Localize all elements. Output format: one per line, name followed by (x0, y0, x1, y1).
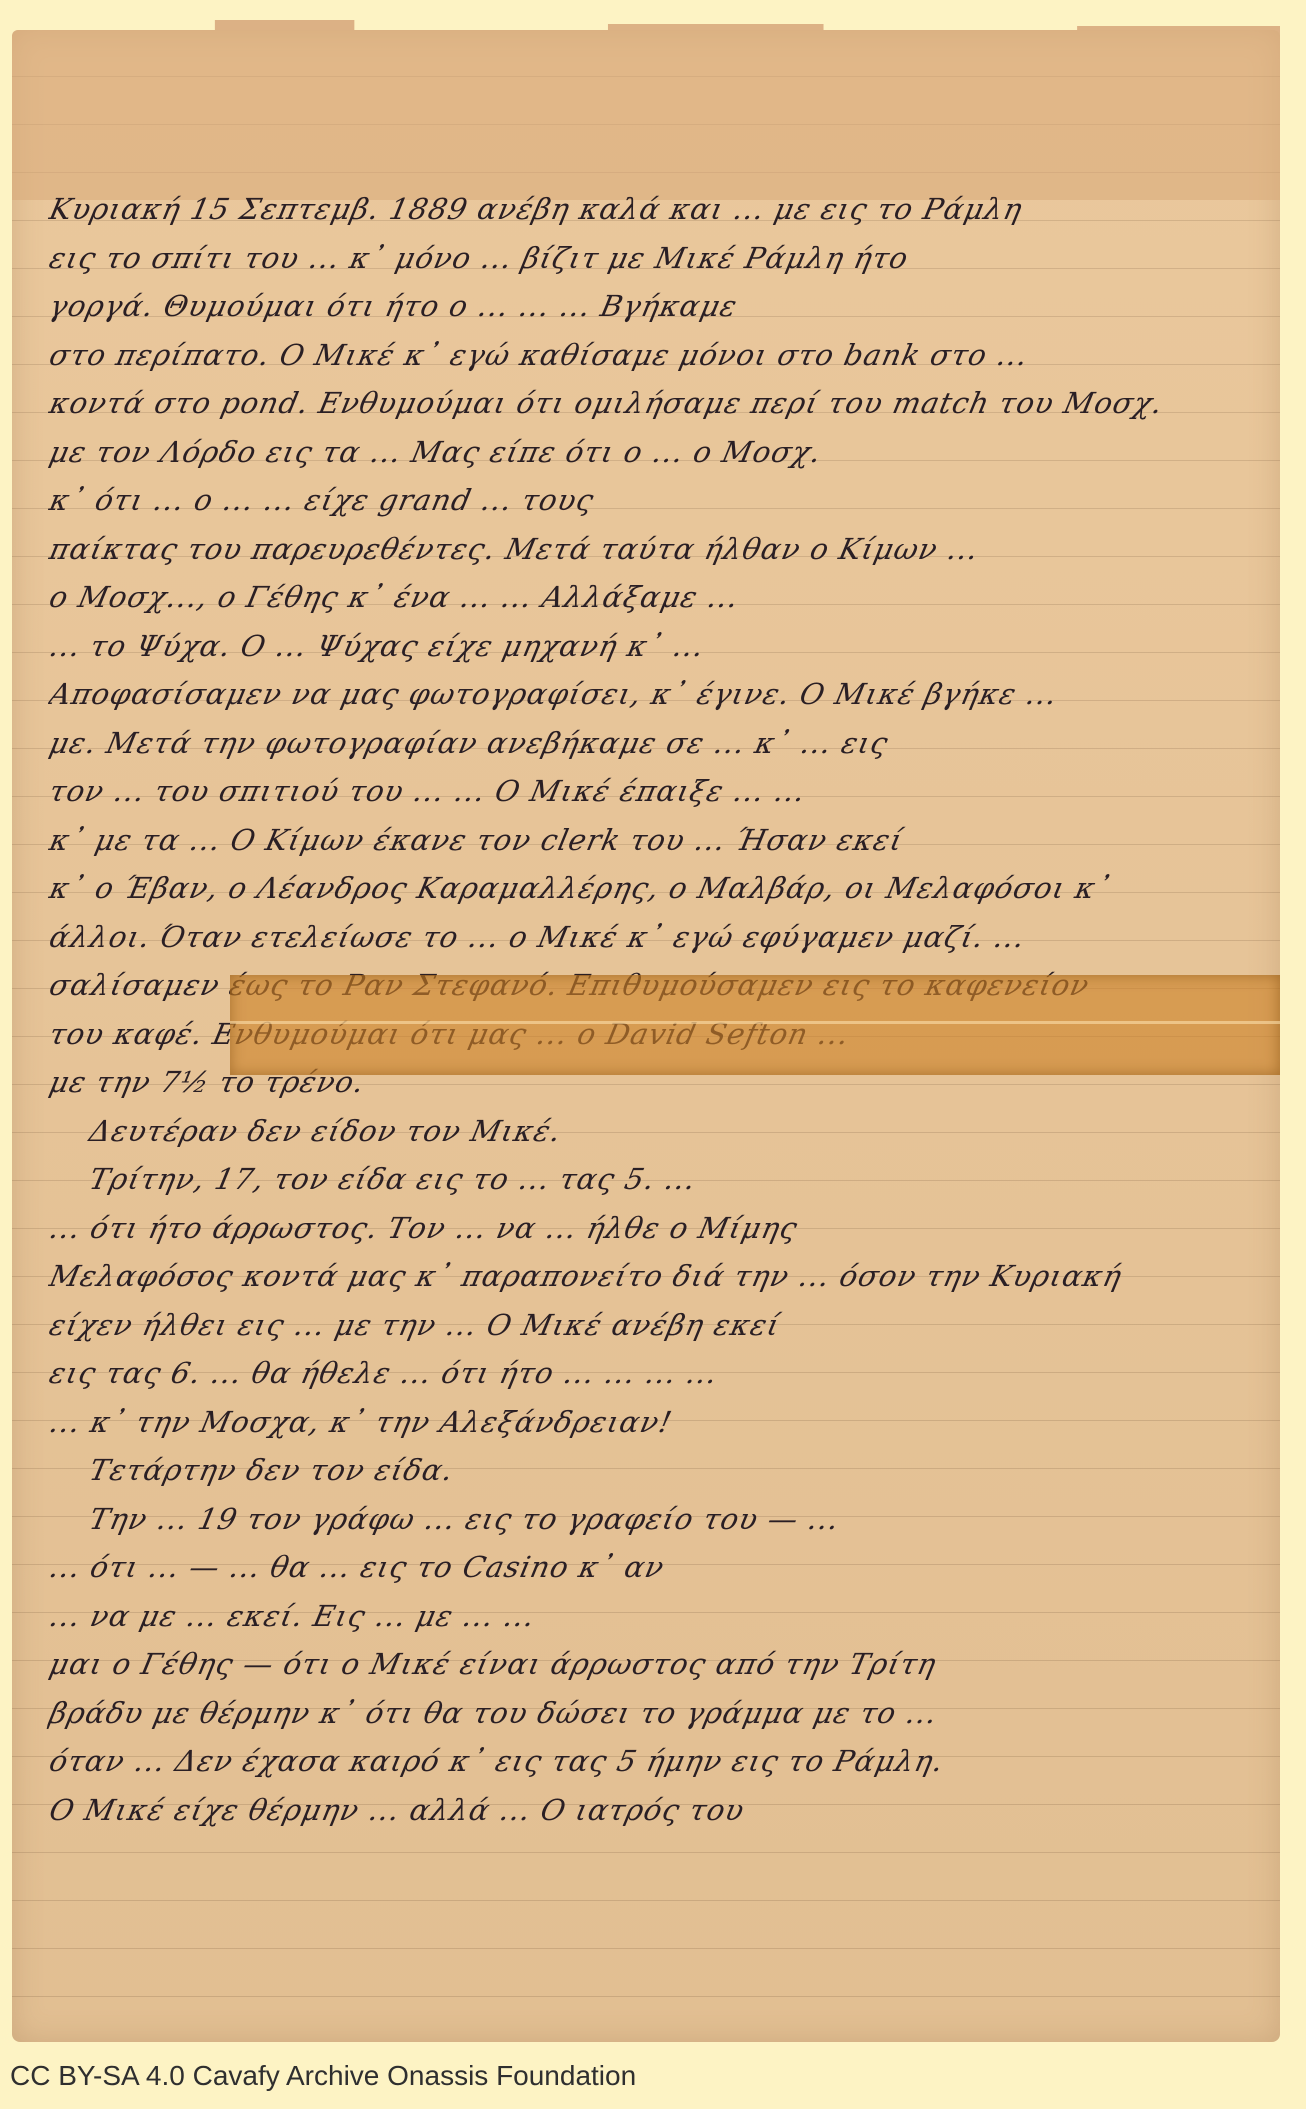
manuscript-line: ... ότι ήτο άρρωστος. Τον ... να ... ήλθ… (45, 1204, 1275, 1253)
manuscript-line: τον ... του σπιτιού του ... ... Ο Μικέ έ… (45, 767, 1275, 816)
repair-tape-strip (230, 975, 1280, 1075)
manuscript-line: Μελαφόσος κοντά μας κ᾽ παραπονείτο διά τ… (45, 1252, 1275, 1301)
manuscript-line: Τρίτην, 17, τον είδα εις το ... τας 5. .… (45, 1155, 1275, 1204)
manuscript-line: άλλοι. Όταν ετελείωσε το ... ο Μικέ κ᾽ ε… (45, 913, 1275, 962)
manuscript-line: εις το σπίτι του ... κ᾽ μόνο ... βίζιτ μ… (45, 234, 1275, 283)
manuscript-line: βράδυ με θέρμην κ᾽ ότι θα του δώσει το γ… (45, 1689, 1275, 1738)
manuscript-line: Τετάρτην δεν τον είδα. (45, 1446, 1275, 1495)
manuscript-line: κ᾽ ο Έβαν, ο Λέανδρος Καραμαλλέρης, ο Μα… (45, 864, 1275, 913)
manuscript-line: Κυριακή 15 Σεπτεμβ. 1889 ανέβη καλά και … (45, 185, 1275, 234)
manuscript-line: εις τας 6. ... θα ήθελε ... ότι ήτο ... … (45, 1349, 1275, 1398)
paper-stain-top (12, 30, 1280, 200)
attribution-caption: CC BY-SA 4.0 Cavafy Archive Onassis Foun… (10, 2060, 636, 2092)
manuscript-line: όταν ... Δεν έχασα καιρό κ᾽ εις τας 5 ήμ… (45, 1737, 1275, 1786)
manuscript-line: ... το Ψύχα. Ο ... Ψύχας είχε μηχανή κ᾽ … (45, 622, 1275, 671)
manuscript-line: Δευτέραν δεν είδον τον Μικέ. (45, 1107, 1275, 1156)
manuscript-line: με. Μετά την φωτογραφίαν ανεβήκαμε σε ..… (45, 719, 1275, 768)
manuscript-line: με τον Λόρδο εις τα ... Μας είπε ότι ο .… (45, 428, 1275, 477)
manuscript-line: κ᾽ με τα ... Ο Κίμων έκανε τον clerk του… (45, 816, 1275, 865)
manuscript-line: ... κ᾽ την Μοσχα, κ᾽ την Αλεξάνδρειαν! (45, 1398, 1275, 1447)
manuscript-line: στο περίπατο. Ο Μικέ κ᾽ εγώ καθίσαμε μόν… (45, 331, 1275, 380)
manuscript-line: γοργά. Θυμούμαι ότι ήτο ο ... ... ... Βγ… (45, 282, 1275, 331)
manuscript-line: κοντά στο pond. Ενθυμούμαι ότι ομιλήσαμε… (45, 379, 1275, 428)
manuscript-line: κ᾽ ότι ... ο ... ... είχε grand ... τους (45, 476, 1275, 525)
manuscript-line: μαι ο Γέθης — ότι ο Μικέ είναι άρρωστος … (45, 1640, 1275, 1689)
manuscript-line: είχεν ήλθει εις ... με την ... Ο Μικέ αν… (45, 1301, 1275, 1350)
manuscript-line: παίκτας του παρευρεθέντες. Μετά ταύτα ήλ… (45, 525, 1275, 574)
manuscript-line: Ο Μικέ είχε θέρμην ... αλλά ... Ο ιατρός… (45, 1786, 1275, 1835)
manuscript-line: ... ότι ... — ... θα ... εις το Casino κ… (45, 1543, 1275, 1592)
manuscript-line: ο Μοσχ..., ο Γέθης κ᾽ ένα ... ... Αλλάξα… (45, 573, 1275, 622)
manuscript-line: Την ... 19 τον γράφω ... εις το γραφείο … (45, 1495, 1275, 1544)
manuscript-line: ... να με ... εκεί. Εις ... με ... ... (45, 1592, 1275, 1641)
manuscript-line: Αποφασίσαμεν να μας φωτογραφίσει, κ᾽ έγι… (45, 670, 1275, 719)
